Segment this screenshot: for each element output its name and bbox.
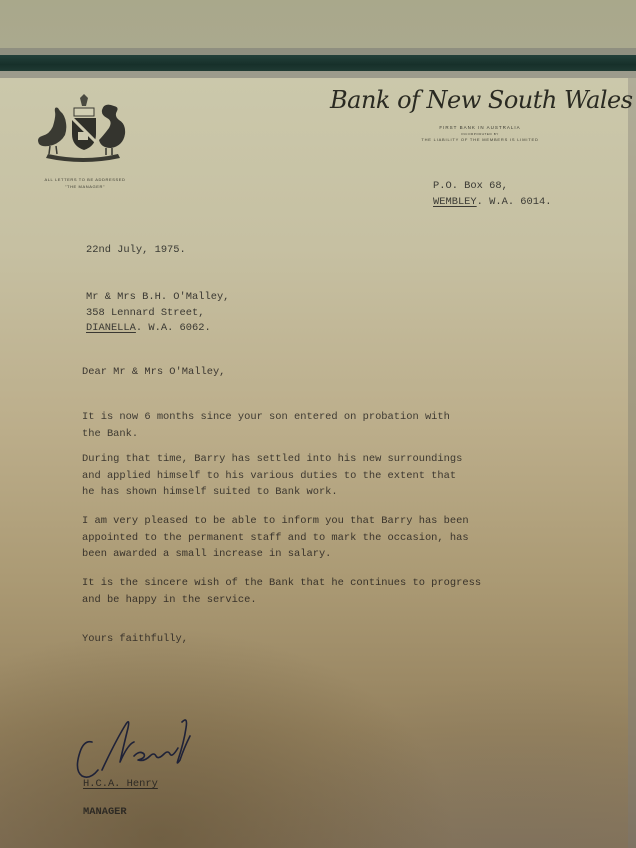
tagline-liability: THE LIABILITY OF THE MEMBERS IS LIMITED [380, 137, 580, 143]
salutation: Dear Mr & Mrs O'Malley, [82, 364, 225, 380]
bank-tagline: FIRST BANK IN AUSTRALIA INCORPORATED BY … [380, 125, 580, 143]
wall-background [0, 0, 636, 50]
sender-address-line-2: . W.A. 6014. [477, 196, 552, 208]
recipient-suburb: DIANELLA [86, 322, 136, 334]
letter-date: 22nd July, 1975. [86, 242, 186, 258]
addressed-note-line-2: "THE MANAGER" [30, 183, 140, 190]
body-paragraph-1: It is now 6 months since your son entere… [82, 409, 450, 442]
recipient-line-3: . W.A. 6062. [136, 322, 211, 334]
coat-of-arms-icon [36, 92, 131, 167]
bank-name: Bank of New South Wales [330, 86, 620, 114]
sender-suburb: WEMBLEY [433, 196, 477, 208]
addressed-note-line-1: ALL LETTERS TO BE ADDRESSED [30, 176, 140, 183]
addressed-note: ALL LETTERS TO BE ADDRESSED "THE MANAGER… [30, 176, 140, 190]
body-paragraph-2: During that time, Barry has settled into… [82, 451, 462, 501]
closing: Yours faithfully, [82, 631, 188, 647]
recipient-line-1: Mr & Mrs B.H. O'Malley, [86, 291, 229, 303]
sender-address: P.O. Box 68, WEMBLEY. W.A. 6014. [433, 178, 551, 210]
paper-edge [628, 78, 636, 848]
frame-border [0, 55, 636, 71]
recipient-address: Mr & Mrs B.H. O'Malley, 358 Lennard Stre… [86, 290, 229, 337]
body-paragraph-4: It is the sincere wish of the Bank that … [82, 575, 481, 608]
recipient-line-2: 358 Lennard Street, [86, 307, 204, 319]
signer-name: H.C.A. Henry [83, 776, 158, 792]
body-paragraph-3: I am very pleased to be able to inform y… [82, 513, 469, 563]
handwritten-signature-icon [72, 712, 242, 782]
signer-title: MANAGER [83, 804, 127, 820]
sender-address-line-1: P.O. Box 68, [433, 180, 508, 192]
